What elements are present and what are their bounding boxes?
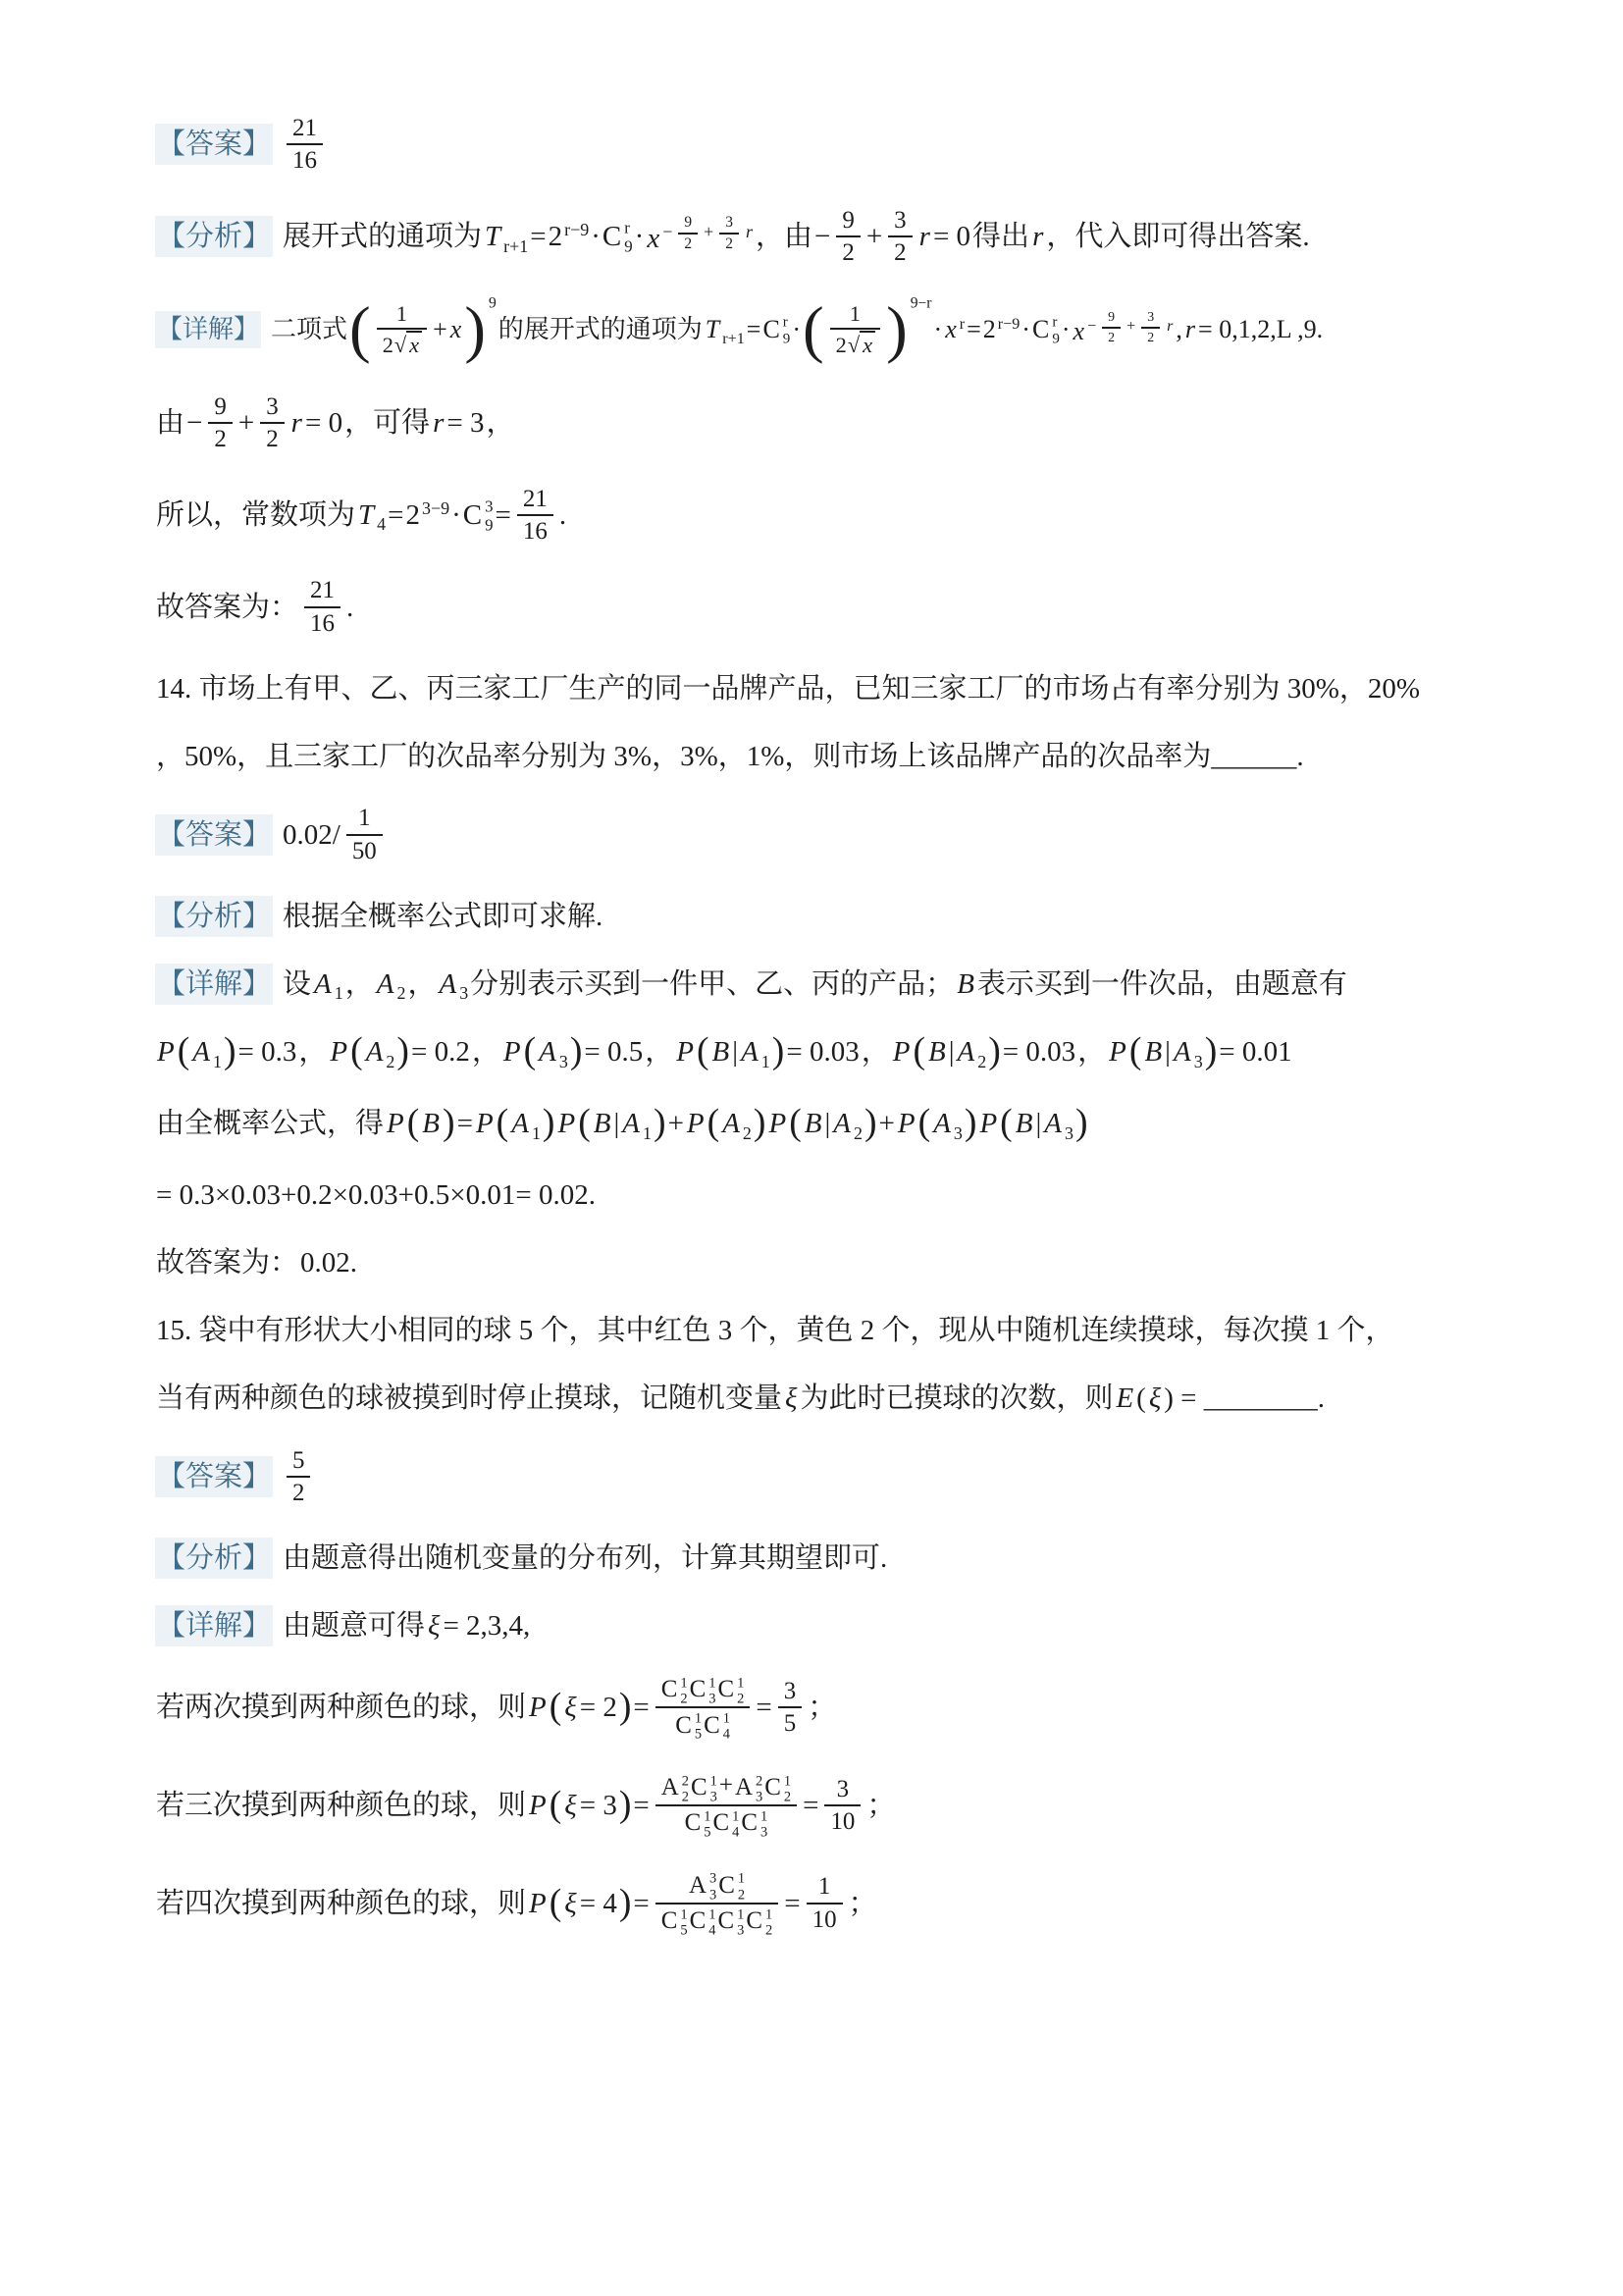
math-roman: , xyxy=(1175,311,1183,348)
fraction: A22C13+A23C12C15C14C13 xyxy=(655,1771,797,1839)
right-paren: ) xyxy=(223,1033,237,1070)
subscript: 2 xyxy=(742,1123,753,1143)
math-roman: + xyxy=(865,216,883,257)
math-variable: E xyxy=(1114,1378,1135,1419)
denominator: 2 xyxy=(836,237,860,267)
numerator: 3 xyxy=(778,1677,802,1708)
math-supsub: C12 xyxy=(660,1674,689,1705)
group-inner: B|A1 xyxy=(710,1031,771,1072)
denominator: 2√x xyxy=(377,330,427,358)
math-roman: = xyxy=(456,1103,474,1144)
left-paren: ( xyxy=(802,298,825,362)
text-run: 若四次摸到两种颜色的球，则 xyxy=(155,1883,527,1924)
q14-analysis-line: 【分析】根据全概率公式即可求解. xyxy=(155,896,1507,937)
text-run: 故答案为： xyxy=(155,587,299,628)
radicand: x xyxy=(406,331,422,358)
math-variable: B xyxy=(955,964,976,1005)
math-roman: 2 xyxy=(213,426,227,452)
denominator: 5 xyxy=(778,1708,802,1738)
text-run: 15. 袋中有形状大小相同的球 5 个，其中红色 3 个，黄色 2 个，现从中随… xyxy=(155,1310,1395,1351)
math-roman: 16 xyxy=(291,147,318,174)
math-roman: = 0.2 xyxy=(410,1031,471,1072)
math-roman: r+1 xyxy=(502,236,529,256)
math-roman: 50 xyxy=(351,838,378,864)
math-variable: P xyxy=(555,1103,577,1144)
math-supsub: C12 xyxy=(745,1905,773,1937)
math-superscripted: x−92+32r xyxy=(1072,309,1176,350)
math-roman: r xyxy=(782,315,789,331)
math-roman: 1 xyxy=(849,301,862,326)
scripts: 12 xyxy=(783,1773,792,1804)
math-superscripted: 23−9 xyxy=(405,495,451,536)
denominator: 10 xyxy=(807,1905,843,1934)
math-roman: ( xyxy=(1135,1378,1147,1419)
text-run: ，可得 xyxy=(343,402,431,444)
math-variable: r xyxy=(744,222,755,241)
text-run: ， xyxy=(406,964,437,1005)
subscript: 2 xyxy=(853,1123,864,1143)
fraction: 32 xyxy=(1141,309,1160,345)
math-roman: + xyxy=(703,222,714,241)
numerator: 1 xyxy=(377,301,427,330)
base: C xyxy=(602,216,622,257)
math-variable: B xyxy=(710,1031,732,1072)
right-paren: ) xyxy=(653,1105,667,1142)
denominator: 2√x xyxy=(830,330,880,358)
subscript: 5 xyxy=(679,1923,688,1939)
subscript: r+1 xyxy=(721,331,746,347)
math-subscripted: A3 xyxy=(537,1031,569,1072)
right-paren: ) xyxy=(987,1033,1002,1070)
math-variable: ξ xyxy=(562,1687,578,1728)
subscript: 2 xyxy=(736,1691,745,1706)
math-roman: 2 xyxy=(736,1691,745,1706)
math-roman: 5 xyxy=(694,1727,703,1743)
base: A xyxy=(931,1108,953,1139)
line-content: 若四次摸到两种颜色的球，则P(ξ = 4)= A33C12C15C14C13C1… xyxy=(155,1869,878,1937)
math-variable: ξ xyxy=(562,1883,578,1924)
math-roman: 16 xyxy=(522,518,549,545)
math-roman: = xyxy=(529,216,547,257)
text-run: 所以，常数项为 xyxy=(155,495,356,536)
superscript: 1 xyxy=(707,1906,716,1922)
fraction: 310 xyxy=(824,1775,861,1837)
superscript: 3−9 xyxy=(421,498,450,518)
math-roman: − xyxy=(661,222,673,241)
scripts: 33 xyxy=(708,1871,717,1903)
group-inner: ξ = 4 xyxy=(562,1883,618,1924)
base: A xyxy=(312,968,334,1000)
subscript: 2 xyxy=(764,1923,773,1939)
paren-group: (12√x+x)9 xyxy=(348,298,497,362)
base: A xyxy=(1042,1108,1064,1139)
math-subscripted: A1 xyxy=(620,1103,653,1144)
math-roman: 1 xyxy=(395,301,408,326)
subscript: 2 xyxy=(737,1887,746,1903)
math-variable: ξ xyxy=(1147,1378,1163,1419)
numerator: 1 xyxy=(807,1872,843,1904)
superscript: 1 xyxy=(694,1710,703,1726)
sqrt-radical: √x xyxy=(848,331,875,358)
math-roman: 21 xyxy=(309,577,336,603)
math-roman: r−9 xyxy=(997,316,1021,333)
math-supsub: Cr9 xyxy=(602,216,634,257)
section-label: 【详解】 xyxy=(155,311,261,348)
math-roman: · xyxy=(634,216,646,257)
math-roman: 21 xyxy=(291,115,318,141)
fraction: 12√x xyxy=(377,301,427,359)
base: A xyxy=(375,968,396,1000)
text-run: 表示买到一件次品，由题意有 xyxy=(976,964,1348,1005)
numerator: 9 xyxy=(836,206,860,237)
superscript: 1 xyxy=(736,1906,745,1922)
text-run: ，由 xyxy=(755,216,813,257)
numerator: A22C13+A23C12 xyxy=(655,1771,797,1805)
paren-group: (12√x)9−r xyxy=(802,298,933,362)
base: A xyxy=(956,1036,977,1068)
right-paren: ) xyxy=(618,1885,633,1922)
base: A xyxy=(1172,1036,1193,1068)
scripts: r9 xyxy=(782,315,792,348)
base: C xyxy=(690,1773,708,1801)
radicand: x xyxy=(860,331,875,358)
denominator: 2 xyxy=(678,235,698,253)
text-run: 展开式的通项为 xyxy=(282,216,483,257)
math-roman: 3 xyxy=(707,1691,716,1706)
text-run: ， xyxy=(1076,1031,1107,1072)
text-run: 为此时已摸球的次数，则 xyxy=(799,1378,1114,1419)
denominator: 2 xyxy=(1141,329,1160,345)
superscript: 3 xyxy=(484,498,494,517)
left-paren: ( xyxy=(549,1787,563,1824)
text-run: 根据全概率公式即可求解. xyxy=(282,896,603,937)
group-inner: A3 xyxy=(931,1103,964,1144)
math-supsub: Cr9 xyxy=(761,311,791,348)
base: A xyxy=(364,1036,386,1068)
paren-group: (A2) xyxy=(349,1031,410,1072)
q14-stem-line-2: ，50%，且三家工厂的次品率分别为 3%，3%，1%，则市场上该品牌产品的次品率… xyxy=(155,736,1507,777)
text-run: 若两次摸到两种颜色的球，则 xyxy=(155,1687,527,1728)
math-roman: x xyxy=(408,333,420,357)
math-variable: B xyxy=(1142,1031,1164,1072)
paren-group: (B|A2) xyxy=(912,1031,1001,1072)
subscript: 3 xyxy=(755,1789,763,1804)
math-variable: r xyxy=(1030,216,1045,257)
math-roman: + xyxy=(432,311,448,348)
base: A xyxy=(739,1036,760,1068)
superscript: 1 xyxy=(736,1675,745,1691)
line-content: = 0.3×0.03+0.2×0.03+0.5×0.01= 0.02. xyxy=(155,1174,597,1216)
math-variable: ξ xyxy=(426,1605,442,1646)
math-roman: = 0,1,2,L ,9. xyxy=(1197,311,1324,348)
base: x xyxy=(943,315,959,343)
scripts: 23 xyxy=(755,1773,763,1804)
math-variable: r xyxy=(1183,311,1197,348)
q14-solution-line-3: 由全概率公式，得P(B)= P(A1)P(B|A1)+P(A2)P(B|A2)+… xyxy=(155,1103,1507,1144)
text-run: 分别表示买到一件甲、乙、丙的产品； xyxy=(469,964,955,1005)
base: x xyxy=(1072,317,1087,345)
math-roman: = xyxy=(632,1687,650,1728)
scripts: 39 xyxy=(484,498,494,536)
math-variable: B xyxy=(592,1103,613,1144)
left-paren: ( xyxy=(349,1033,364,1070)
denominator: 16 xyxy=(517,516,553,546)
base: C xyxy=(703,1711,721,1740)
fraction: 92 xyxy=(1102,309,1121,345)
denominator: 16 xyxy=(287,145,323,175)
paren-group: (B|A3) xyxy=(1128,1031,1218,1072)
math-roman: 1 xyxy=(357,805,371,831)
math-supsub: C15 xyxy=(684,1807,712,1839)
text-run: ， xyxy=(644,1031,674,1072)
group-inner: B xyxy=(420,1103,442,1144)
group-inner: A1 xyxy=(509,1103,542,1144)
group-inner: B|A2 xyxy=(803,1103,864,1144)
q15-stem-line-1: 15. 袋中有形状大小相同的球 5 个，其中红色 3 个，黄色 2 个，现从中随… xyxy=(155,1310,1507,1351)
base: C xyxy=(717,1871,736,1900)
math-roman: 4 xyxy=(722,1727,731,1743)
right-paren: ) xyxy=(569,1033,584,1070)
line-content: 若两次摸到两种颜色的球，则P(ξ = 2)= C12C13C12C15C14= … xyxy=(155,1673,837,1741)
denominator: C15C14C13C12 xyxy=(655,1905,779,1937)
math-roman: 3 xyxy=(1146,309,1155,324)
fraction: 2116 xyxy=(304,576,340,638)
superscript: r xyxy=(959,316,966,333)
subscript: 4 xyxy=(376,514,387,534)
math-roman: 9 xyxy=(623,237,633,256)
q13-solution-line-3: 所以，常数项为T4 = 23−9·C39 = 2116. xyxy=(155,485,1507,547)
fraction: 32 xyxy=(719,214,739,254)
math-roman: · xyxy=(1021,311,1031,348)
math-roman: . xyxy=(345,587,354,628)
math-roman: 1 xyxy=(731,1808,740,1824)
math-subscripted: A2 xyxy=(956,1031,988,1072)
radical-sign: √ xyxy=(394,333,406,358)
fraction: 92 xyxy=(208,392,232,454)
subscript: r+1 xyxy=(502,236,529,256)
scripts: 13 xyxy=(759,1808,768,1840)
section-label: 【分析】 xyxy=(155,896,273,937)
subscript: 3 xyxy=(707,1691,716,1706)
document-page: 【答案】2116【分析】展开式的通项为Tr+1 = 2r−9·Cr9·x−92+… xyxy=(0,0,1623,1937)
superscript: 1 xyxy=(722,1710,731,1726)
math-roman: 3 xyxy=(783,1678,797,1704)
subscript: 3 xyxy=(709,1789,718,1804)
math-roman: | xyxy=(1164,1031,1172,1072)
left-paren: ( xyxy=(177,1033,191,1070)
math-roman: 2 xyxy=(724,235,734,252)
math-roman: 1 xyxy=(759,1808,768,1824)
text-run: 设 xyxy=(282,964,312,1005)
math-roman: · xyxy=(791,311,802,348)
subscript: 1 xyxy=(760,1052,771,1071)
paren-group: (ξ = 3) xyxy=(549,1785,633,1826)
math-roman: 1 xyxy=(679,1906,688,1922)
math-roman: 1 xyxy=(334,983,344,1003)
subscript: 4 xyxy=(707,1923,716,1939)
math-roman: 1 xyxy=(694,1710,703,1726)
superscript: r xyxy=(623,220,633,238)
q14-answer-line: 【答案】0.02/150 xyxy=(155,804,1507,865)
superscript: r−9 xyxy=(997,316,1021,333)
math-variable: P xyxy=(385,1103,406,1144)
math-roman: 3 xyxy=(759,1825,768,1841)
math-variable: P xyxy=(685,1103,707,1144)
numerator: A33C12 xyxy=(655,1869,779,1904)
base: A xyxy=(720,1108,742,1139)
section-label: 【答案】 xyxy=(155,124,273,165)
base: C xyxy=(740,1808,759,1837)
math-roman: 2 xyxy=(679,1691,688,1706)
base: 2 xyxy=(405,499,422,531)
math-roman: 3 xyxy=(836,1776,850,1802)
fraction: 150 xyxy=(346,804,383,865)
math-roman: = 0 xyxy=(932,216,971,257)
paren-group: (A1) xyxy=(496,1103,556,1144)
q15-solution-line-4: 若四次摸到两种颜色的球，则P(ξ = 4)= A33C12C15C14C13C1… xyxy=(155,1869,1507,1937)
subscript: 3 xyxy=(1193,1052,1204,1071)
math-roman: = xyxy=(632,1883,650,1924)
math-roman: 3 xyxy=(708,1887,717,1903)
math-roman: 2 xyxy=(742,1123,753,1143)
math-roman: · xyxy=(590,216,602,257)
paren-group: (A2) xyxy=(707,1103,767,1144)
scripts: 12 xyxy=(737,1871,746,1903)
numerator: 1 xyxy=(346,804,383,835)
text-run: ； xyxy=(865,1785,896,1826)
math-roman: = 3 xyxy=(445,402,485,444)
scripts: 22 xyxy=(681,1773,690,1804)
line-content: 由−92+32r = 0，可得r = 3， xyxy=(155,392,516,454)
scripts: 15 xyxy=(679,1906,688,1938)
right-paren: ) xyxy=(463,298,487,362)
math-roman: 4 xyxy=(376,514,387,534)
q13-answer-line: 【答案】2116 xyxy=(155,114,1507,176)
superscript: 2 xyxy=(681,1773,690,1789)
subscript: 5 xyxy=(703,1825,711,1841)
math-variable: B xyxy=(803,1103,824,1144)
superscript: 3 xyxy=(708,1871,717,1887)
fraction: 2116 xyxy=(517,485,553,547)
math-subscripted: A3 xyxy=(437,964,469,1005)
math-roman: 3 xyxy=(708,1871,717,1887)
section-label: 【答案】 xyxy=(155,1456,273,1497)
subscript: 2 xyxy=(385,1052,395,1071)
base: C xyxy=(660,1906,679,1935)
math-roman: x xyxy=(862,333,873,357)
scripts: 13 xyxy=(736,1906,745,1938)
line-content: 所以，常数项为T4 = 23−9·C39 = 2116. xyxy=(155,485,567,547)
math-supsub: A33 xyxy=(688,1869,717,1901)
left-paren: ( xyxy=(348,298,372,362)
math-roman: 3−9 xyxy=(421,498,450,518)
math-roman: 3 xyxy=(1193,1052,1204,1071)
math-supsub: C12 xyxy=(717,1869,746,1901)
math-roman: + xyxy=(237,402,255,444)
denominator: 2 xyxy=(260,424,284,453)
subscript: 1 xyxy=(642,1123,653,1143)
math-subscripted: Tr+1 xyxy=(483,216,529,257)
math-roman: 2 xyxy=(783,1789,792,1804)
group-inner: 12√x+x xyxy=(372,301,464,359)
group-inner: B|A3 xyxy=(1014,1103,1074,1144)
subscript: 1 xyxy=(531,1123,542,1143)
math-roman: = xyxy=(632,1785,650,1826)
scripts: 12 xyxy=(736,1675,745,1706)
left-paren: ( xyxy=(523,1033,538,1070)
math-roman: 5 xyxy=(679,1923,688,1939)
line-content: 设A1，A2，A3分别表示买到一件甲、乙、丙的产品；B表示买到一件次品，由题意有 xyxy=(282,964,1348,1005)
subscript: 2 xyxy=(976,1052,987,1071)
math-variable: P xyxy=(527,1883,549,1924)
math-supsub: C14 xyxy=(689,1905,717,1937)
fraction: 110 xyxy=(807,1872,843,1934)
numerator: 3 xyxy=(888,206,912,237)
scripts: 15 xyxy=(703,1808,711,1840)
section-label: 【答案】 xyxy=(155,814,273,856)
math-roman: 1 xyxy=(531,1123,542,1143)
math-roman: 1 xyxy=(760,1052,771,1071)
math-roman: 2 xyxy=(395,983,406,1003)
subscript: 2 xyxy=(679,1691,688,1706)
math-roman: 2 xyxy=(835,333,848,357)
math-roman: 0.02/ xyxy=(282,814,341,856)
subscript: 9 xyxy=(484,517,494,536)
q13-solution-line-2: 由−92+32r = 0，可得r = 3， xyxy=(155,392,1507,454)
math-roman: 3 xyxy=(736,1923,745,1939)
base: A xyxy=(509,1108,531,1139)
math-roman: · xyxy=(1061,311,1072,348)
base: A xyxy=(831,1108,853,1139)
math-roman: 1 xyxy=(709,1773,718,1789)
math-roman: 3 xyxy=(724,214,734,231)
base: C xyxy=(689,1906,707,1935)
q14-stem-line-1: 14. 市场上有甲、乙、丙三家工厂生产的同一品牌产品，已知三家工厂的市场占有率分… xyxy=(155,668,1507,709)
math-roman: + xyxy=(1126,318,1136,335)
math-roman: 9 xyxy=(1107,309,1116,324)
scripts: 15 xyxy=(694,1710,703,1742)
group-exponent: 9−r xyxy=(910,292,933,315)
math-roman: 9 xyxy=(782,332,792,347)
numerator: 9 xyxy=(208,392,232,424)
text-run: 由 xyxy=(155,402,185,444)
subscript: 1 xyxy=(212,1052,223,1071)
line-content: P(A1)= 0.3， P(A2)= 0.2， P(A3)= 0.5， P(B|… xyxy=(155,1031,1293,1072)
numerator: 3 xyxy=(824,1775,861,1806)
text-run: 由题意可得 xyxy=(282,1605,426,1646)
math-roman: 9 xyxy=(841,207,855,234)
base: A xyxy=(734,1773,754,1801)
math-variable: r xyxy=(289,402,304,444)
base: A xyxy=(190,1036,212,1068)
math-roman: ) = ________. xyxy=(1163,1378,1326,1419)
text-run: 的展开式的通项为 xyxy=(497,311,704,348)
line-content: 14. 市场上有甲、乙、丙三家工厂生产的同一品牌产品，已知三家工厂的市场占有率分… xyxy=(155,668,1421,709)
math-roman: 2 xyxy=(893,239,907,266)
base: C xyxy=(674,1711,693,1740)
q15-solution-line-3: 若三次摸到两种颜色的球，则P(ξ = 3)= A22C13+A23C12C15C… xyxy=(155,1771,1507,1839)
q13-final-answer-line: 故答案为：2116. xyxy=(155,576,1507,638)
right-paren: ) xyxy=(885,298,909,362)
math-roman: 1 xyxy=(764,1906,773,1922)
numerator: 3 xyxy=(260,392,284,424)
denominator: 16 xyxy=(304,608,340,638)
math-roman: 4 xyxy=(731,1825,740,1841)
math-roman: = 0.03 xyxy=(785,1031,860,1072)
paren-group: (A3) xyxy=(523,1031,584,1072)
line-content: 2116 xyxy=(282,114,328,176)
math-roman: 0.02. xyxy=(299,1242,358,1283)
